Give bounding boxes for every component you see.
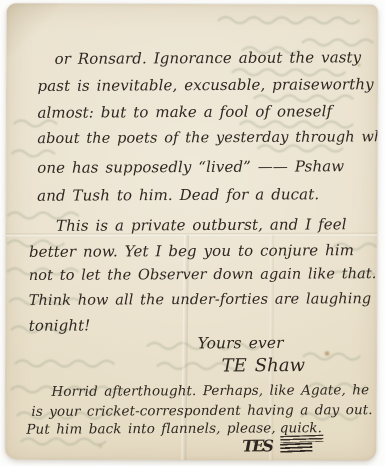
letter-page: or Ronsard. Ignorance about the vasty pa…	[5, 3, 378, 460]
postscript-line: Put him back into flannels, please,quick…	[26, 420, 322, 438]
letter-line: and Tush to him. Dead for a ducat.	[37, 185, 319, 204]
letter-line: Think how all the under-forties are laug…	[29, 291, 372, 309]
closing-valediction: Yours ever	[198, 334, 284, 352]
letter-line: tonight!	[29, 316, 91, 334]
photograph-background: or Ronsard. Ignorance about the vasty pa…	[0, 0, 385, 466]
signature: TE Shaw	[221, 355, 305, 376]
letter-text: or Ronsard. Ignorance about the vasty pa…	[5, 3, 378, 460]
letter-line: This is a private outburst, and I feel	[56, 215, 347, 235]
letter-line: not to let the Observer down again like …	[29, 266, 377, 284]
letter-line: past is inevitable, excusable, praisewor…	[37, 75, 373, 95]
postscript-line: is your cricket-correspondent having a d…	[31, 402, 372, 420]
letter-line: one has supposedly “lived” —— Pshaw	[37, 157, 344, 177]
letter-line: better now. Yet I beg you to conjure him	[29, 241, 354, 261]
underlined-word: quick.	[280, 420, 322, 436]
monogram-initials: TES	[242, 436, 272, 455]
letter-line: almost: but to make a fool of oneself	[37, 102, 332, 122]
postscript-line: Horrid afterthought. Perhaps, like Agate…	[51, 382, 369, 400]
signature-monogram: TES	[242, 436, 312, 455]
letter-line: or Ronsard. Ignorance about the vasty	[55, 48, 362, 68]
triple-underline-flourish-icon	[280, 443, 312, 453]
letter-line: about the poets of the yesterday through…	[37, 129, 378, 147]
postscript-line-text: Put him back into flannels, please,	[26, 420, 276, 437]
